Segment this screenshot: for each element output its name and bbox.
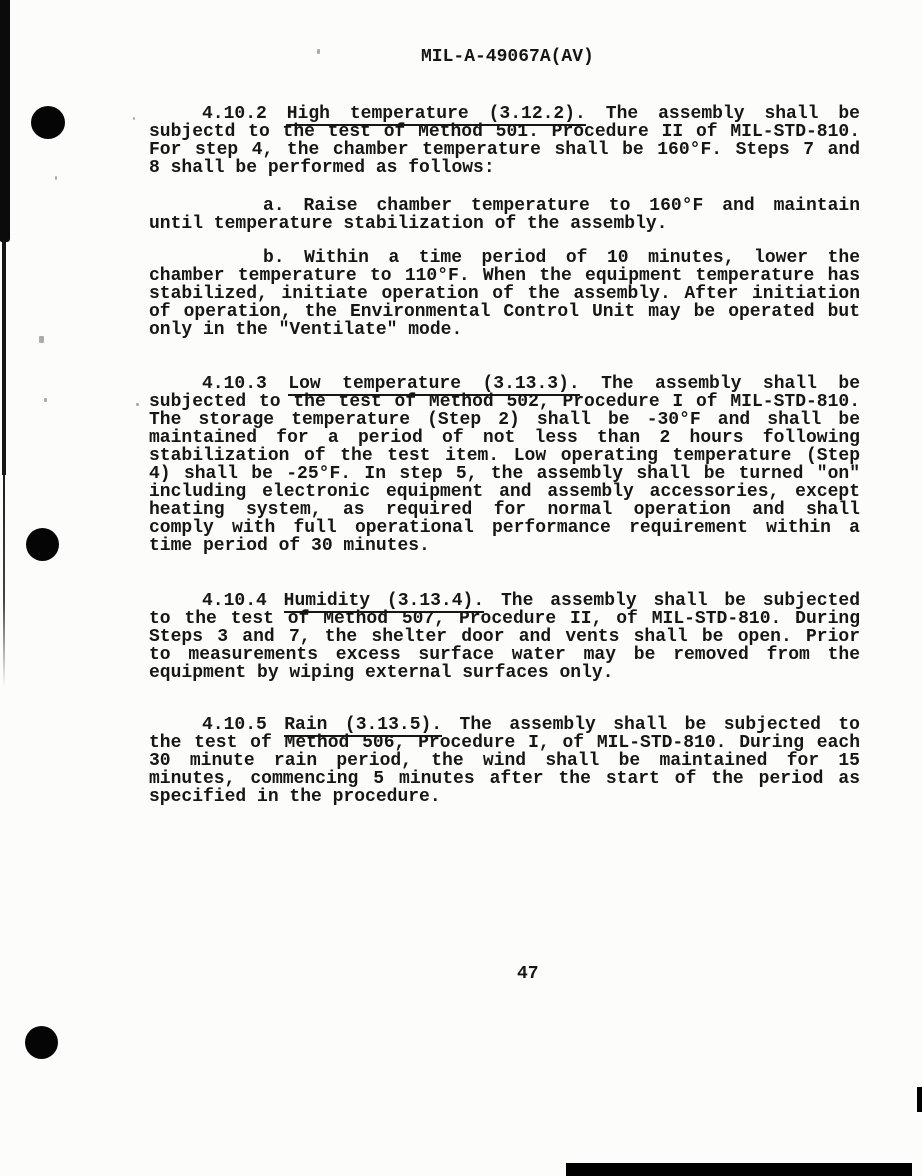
text-line: to measurements excess surface water may… bbox=[149, 646, 860, 664]
section-number: 4.10.5 bbox=[202, 715, 267, 735]
text-line: heating system, as required for normal o… bbox=[149, 501, 860, 519]
text-line: For step 4, the chamber temperature shal… bbox=[149, 141, 860, 159]
text-line: only in the "Ventilate" mode. bbox=[149, 321, 860, 339]
text-line: stabilized, initiate operation of the as… bbox=[149, 285, 860, 303]
text-line: of operation, the Environmental Control … bbox=[149, 303, 860, 321]
text-line: b. Within a time period of 10 minutes, l… bbox=[149, 249, 860, 267]
section-lead-text: The assembly shall be subjected to bbox=[460, 715, 860, 735]
text-line: 30 minute rain period, the wind shall be… bbox=[149, 752, 860, 770]
text-line: including electronic equipment and assem… bbox=[149, 483, 860, 501]
hole-punch-dot bbox=[31, 106, 65, 139]
text-line: subjectd to the test of Method 501. Proc… bbox=[149, 123, 860, 141]
text-line: equipment by wiping external surfaces on… bbox=[149, 664, 860, 682]
right-edge-scan-mark bbox=[917, 1087, 922, 1112]
text-line: chamber temperature to 110°F. When the e… bbox=[149, 267, 860, 285]
text-line: a. Raise chamber temperature to 160°F an… bbox=[149, 197, 860, 215]
section-number: 4.10.2 bbox=[202, 104, 267, 124]
scan-speck bbox=[44, 398, 47, 402]
scan-speck bbox=[136, 403, 139, 406]
section-4-10-2-item-b: b. Within a time period of 10 minutes, l… bbox=[149, 249, 860, 339]
scan-speck bbox=[317, 49, 320, 54]
text-line: comply with full operational performance… bbox=[149, 519, 860, 537]
section-lead-text: The assembly shall be bbox=[606, 104, 860, 124]
section-4-10-5: 4.10.5 Rain (3.13.5). The assembly shall… bbox=[149, 716, 860, 806]
section-4-10-2-item-a: a. Raise chamber temperature to 160°F an… bbox=[149, 197, 860, 233]
section-number: 4.10.3 bbox=[202, 374, 267, 394]
section-number: 4.10.4 bbox=[202, 591, 267, 611]
text-line: maintained for a period of not less than… bbox=[149, 429, 860, 447]
text-line: the test of Method 506, Procedure I, of … bbox=[149, 734, 860, 752]
hole-punch-dot bbox=[26, 528, 59, 561]
bottom-edge-scan-bar bbox=[566, 1163, 912, 1176]
text-line: subjected to the test of Method 502, Pro… bbox=[149, 393, 860, 411]
left-edge-scan-line-fade bbox=[3, 472, 5, 687]
text-line: 8 shall be performed as follows: bbox=[149, 159, 860, 177]
scan-speck bbox=[133, 117, 135, 120]
scanned-document-page: MIL-A-49067A(AV) 4.10.2 High temperature… bbox=[0, 0, 922, 1176]
section-4-10-4: 4.10.4 Humidity (3.13.4). The assembly s… bbox=[149, 592, 860, 682]
page-number: 47 bbox=[517, 965, 539, 983]
text-line: 4.10.2 High temperature (3.12.2). The as… bbox=[149, 105, 860, 123]
section-4-10-2: 4.10.2 High temperature (3.12.2). The as… bbox=[149, 105, 860, 177]
text-line: Steps 3 and 7, the shelter door and vent… bbox=[149, 628, 860, 646]
section-4-10-3: 4.10.3 Low temperature (3.13.3). The ass… bbox=[149, 375, 860, 555]
section-lead-text: The assembly shall be bbox=[601, 374, 860, 394]
text-line: 4) shall be -25°F. In step 5, the assemb… bbox=[149, 465, 860, 483]
text-line: to the test of Method 507, Procedure II,… bbox=[149, 610, 860, 628]
text-line: specified in the procedure. bbox=[149, 788, 860, 806]
text-line: The storage temperature (Step 2) shall b… bbox=[149, 411, 860, 429]
section-lead-text: The assembly shall be subjected bbox=[501, 591, 860, 611]
left-edge-scan-line bbox=[2, 240, 6, 475]
text-line: until temperature stabilization of the a… bbox=[149, 215, 860, 233]
text-line: 4.10.4 Humidity (3.13.4). The assembly s… bbox=[149, 592, 860, 610]
document-id-header: MIL-A-49067A(AV) bbox=[421, 48, 594, 66]
text-line: 4.10.5 Rain (3.13.5). The assembly shall… bbox=[149, 716, 860, 734]
left-edge-scan-bar bbox=[0, 0, 10, 242]
scan-speck bbox=[39, 336, 44, 343]
text-line: minutes, commencing 5 minutes after the … bbox=[149, 770, 860, 788]
hole-punch-dot bbox=[25, 1026, 58, 1059]
text-line: 4.10.3 Low temperature (3.13.3). The ass… bbox=[149, 375, 860, 393]
text-line: stabilization of the test item. Low oper… bbox=[149, 447, 860, 465]
text-line: time period of 30 minutes. bbox=[149, 537, 860, 555]
scan-speck bbox=[55, 176, 57, 180]
